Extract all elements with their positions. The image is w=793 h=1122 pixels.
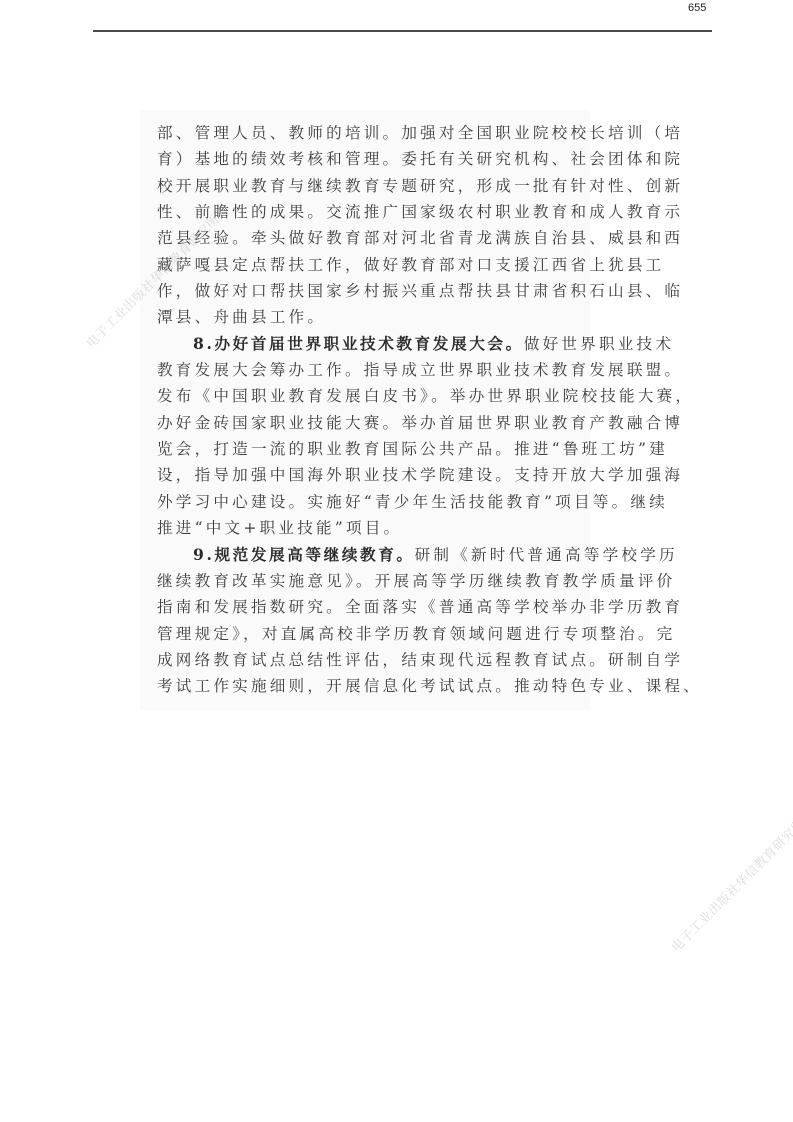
header-rule: [93, 30, 712, 32]
item-heading: 9.规范发展高等继续教育。: [193, 545, 415, 564]
text-line: 发布《中国职业教育发展白皮书》。举办世界职业院校技能大赛，: [157, 383, 575, 409]
text-line: 考试工作实施细则，开展信息化考试试点。推动特色专业、课程、: [157, 673, 575, 699]
text-line: 8.办好首届世界职业技术教育发展大会。做好世界职业技术: [157, 331, 575, 357]
text-line: 作，做好对口帮扶国家乡村振兴重点帮扶县甘肃省积石山县、临: [157, 278, 575, 304]
page-number: 655: [688, 1, 706, 15]
text-line: 部、管理人员、教师的培训。加强对全国职业院校校长培训（培: [157, 120, 575, 146]
text-line: 藏萨嘎县定点帮扶工作，做好教育部对口支援江西省上犹县工: [157, 252, 575, 278]
item-heading: 8.办好首届世界职业技术教育发展大会。: [193, 334, 524, 353]
text-line: 继续教育改革实施意见》。开展高等学历继续教育教学质量评价: [157, 568, 575, 594]
text-line: 推进“中文+职业技能”项目。: [157, 515, 575, 541]
text-line: 教育发展大会筹办工作。指导成立世界职业技术教育发展联盟。: [157, 357, 575, 383]
text-line: 指南和发展指数研究。全面落实《普通高等学校举办非学历教育: [157, 594, 575, 620]
text-line: 育）基地的绩效考核和管理。委托有关研究机构、社会团体和院: [157, 146, 575, 172]
text-line: 办好金砖国家职业技能大赛。举办首届世界职业教育产教融合博: [157, 410, 575, 436]
watermark: 电子工业出版社华信教育研究所: [667, 814, 793, 955]
text-line: 成网络教育试点总结性评估，结束现代远程教育试点。研制自学: [157, 647, 575, 673]
text-line: 9.规范发展高等继续教育。研制《新时代普通高等学校学历: [157, 542, 575, 568]
text-run: 研制《新时代普通高等学校学历: [415, 546, 678, 564]
text-run: 做好世界职业技术: [524, 335, 674, 353]
text-line: 管理规定》，对直属高校非学历教育领域问题进行专项整治。完: [157, 621, 575, 647]
text-line: 范县经验。牵头做好教育部对河北省青龙满族自治县、威县和西: [157, 225, 575, 251]
text-line: 设，指导加强中国海外职业技术学院建设。支持开放大学加强海: [157, 462, 575, 488]
body-text: 部、管理人员、教师的培训。加强对全国职业院校校长培训（培 育）基地的绩效考核和管…: [157, 120, 575, 700]
paragraph-item-8: 8.办好首届世界职业技术教育发展大会。做好世界职业技术 教育发展大会筹办工作。指…: [157, 331, 575, 542]
text-line: 览会，打造一流的职业教育国际公共产品。推进“鲁班工坊”建: [157, 436, 575, 462]
text-line: 外学习中心建设。实施好“青少年生活技能教育”项目等。继续: [157, 489, 575, 515]
text-line: 潭县、舟曲县工作。: [157, 304, 575, 330]
paragraph-item-9: 9.规范发展高等继续教育。研制《新时代普通高等学校学历 继续教育改革实施意见》。…: [157, 542, 575, 700]
text-line: 校开展职业教育与继续教育专题研究，形成一批有针对性、创新: [157, 173, 575, 199]
